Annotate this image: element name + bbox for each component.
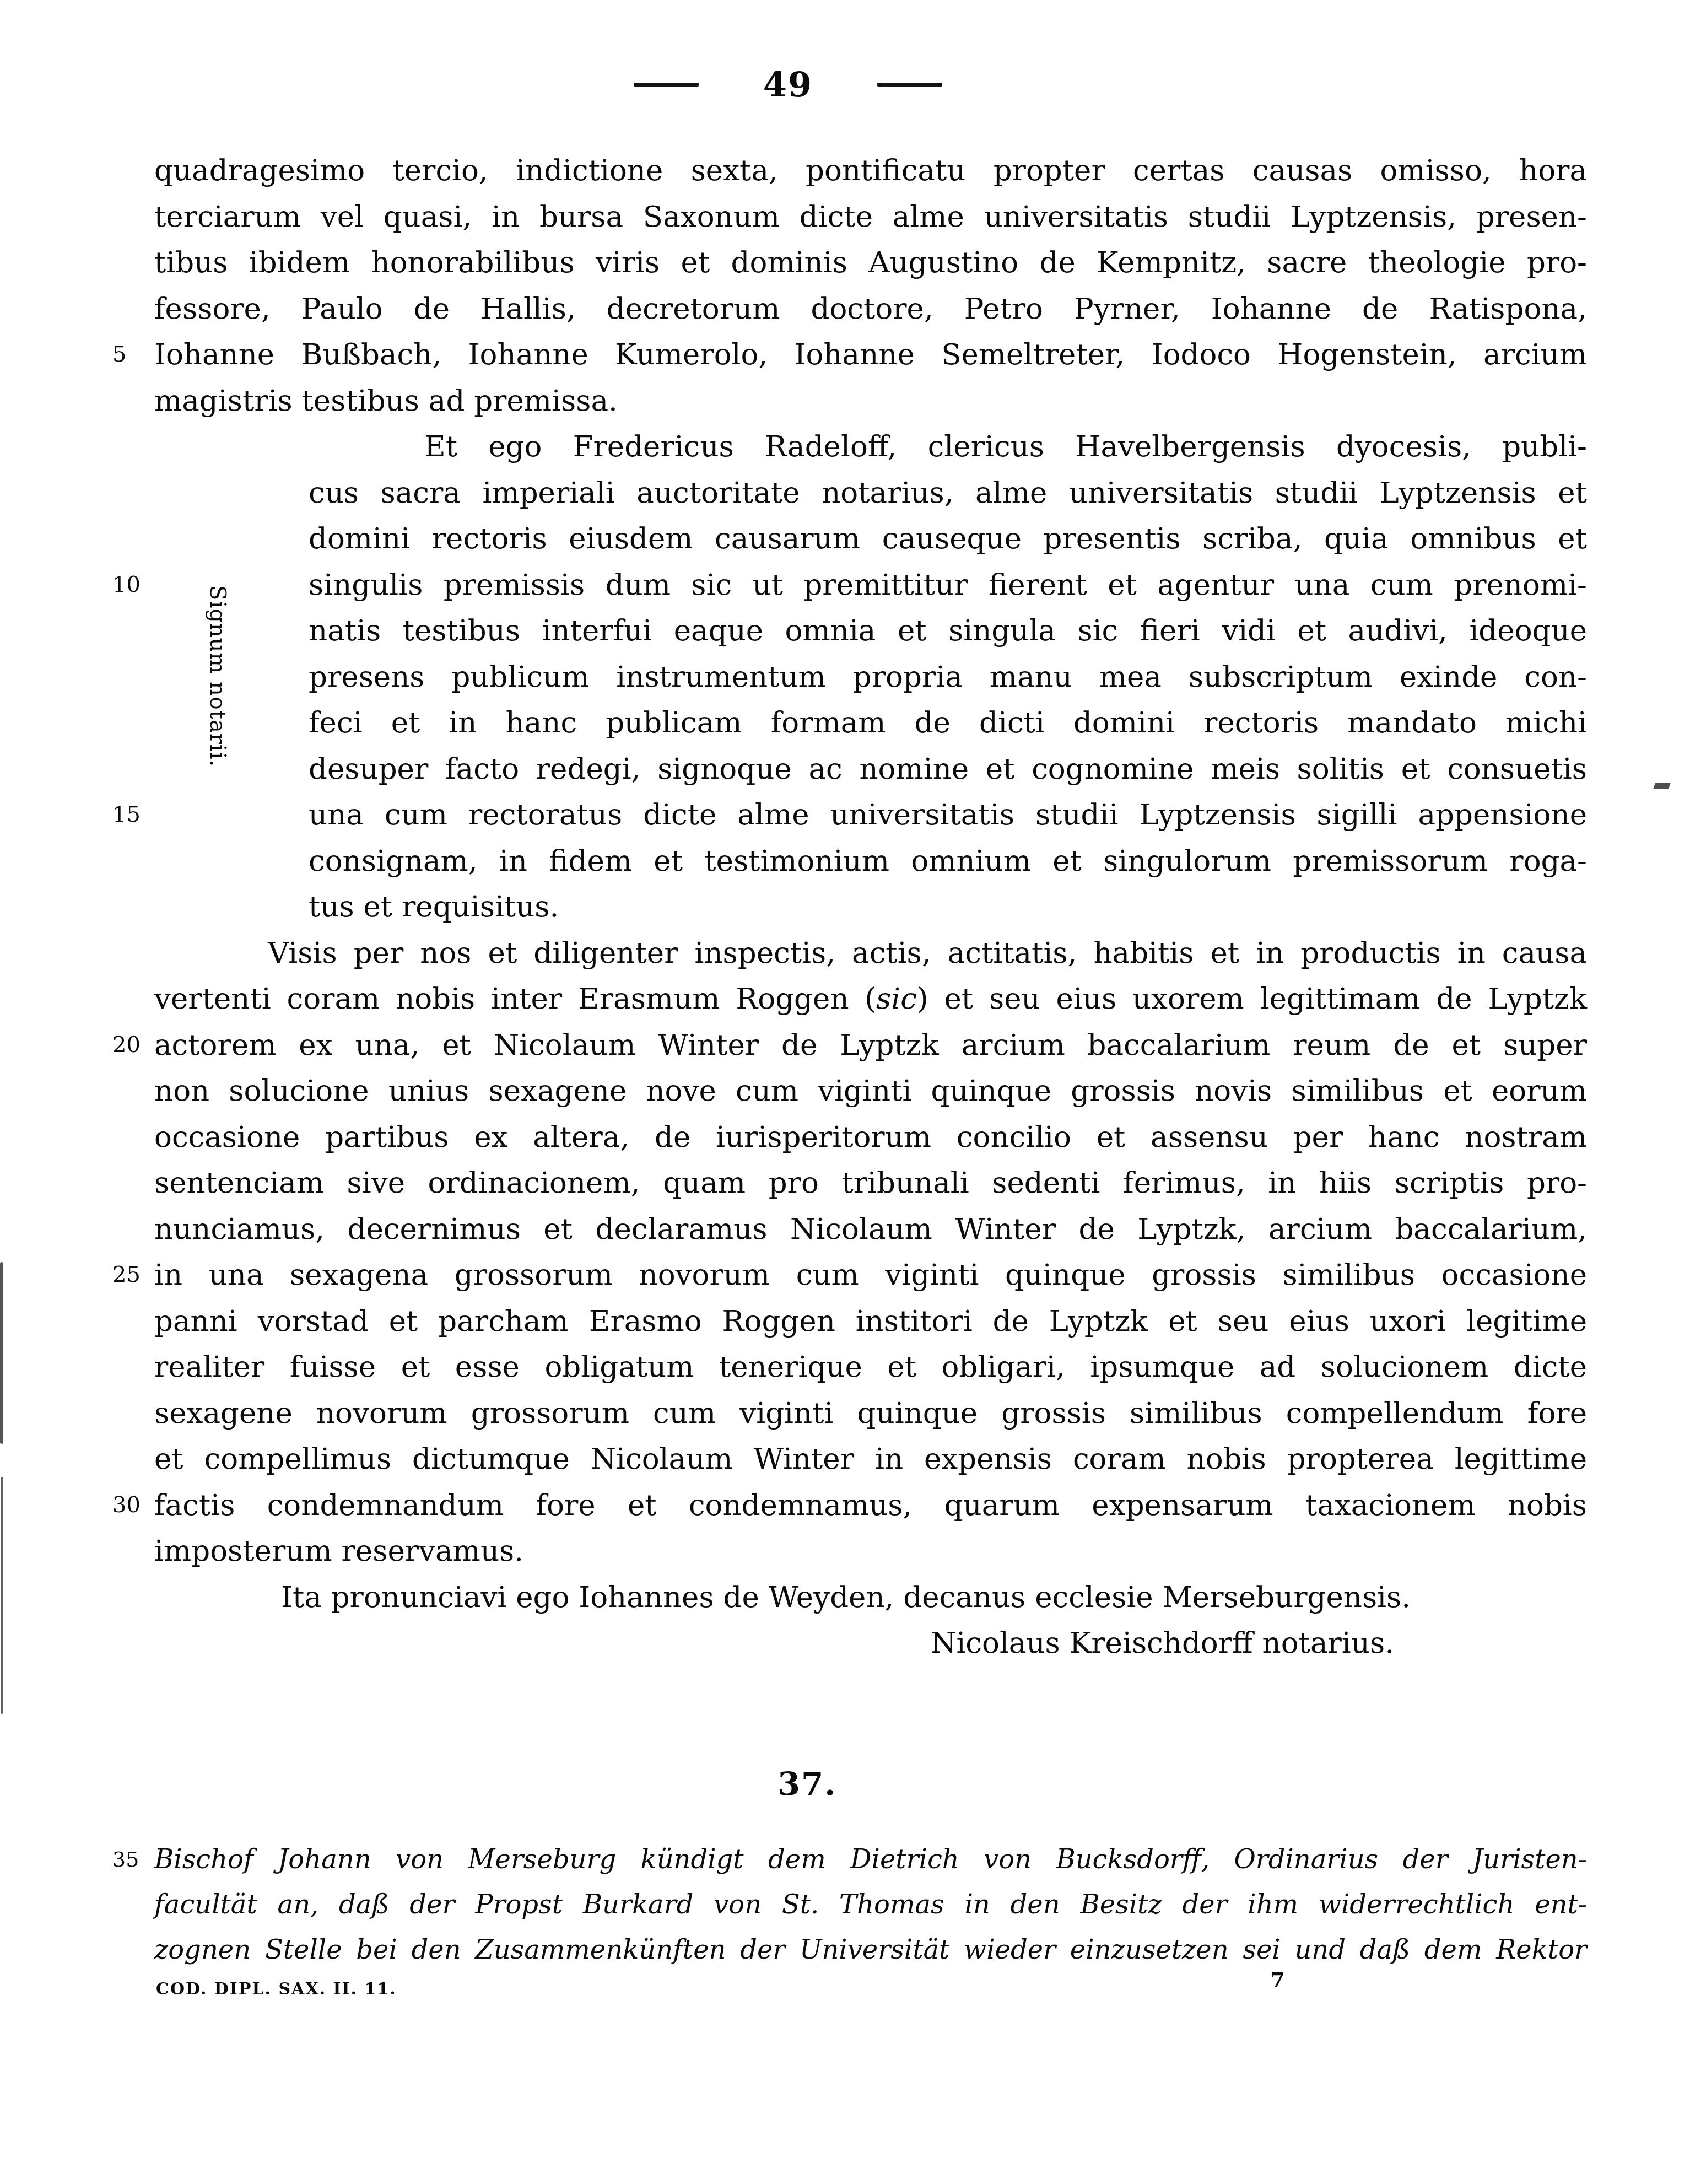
text-line-content: Visis per nos et diligenter inspectis, a…: [154, 930, 1587, 977]
text-line: desuper facto redegi, signoque ac nomine…: [105, 746, 1587, 792]
line-number: [105, 1068, 154, 1114]
text-line-content: Nicolaus Kreischdorff notarius.: [154, 1620, 1587, 1667]
notary-signature-line: Nicolaus Kreischdorff notarius.: [105, 1620, 1587, 1667]
line-number: [105, 884, 154, 930]
line-number: [105, 194, 154, 240]
summary-line-content: zognen Stelle bei den Zusammenkünften de…: [154, 1927, 1587, 1972]
line-number: [105, 1927, 154, 1972]
text-line: domini rectoris eiusdem causarum causequ…: [105, 516, 1587, 562]
scan-artifact-streak: [0, 1262, 3, 1444]
line-number: [105, 1206, 154, 1253]
text-line-content: Iohanne Bußbach, Iohanne Kumerolo, Iohan…: [154, 332, 1587, 378]
line-number: 30: [105, 1482, 154, 1529]
text-line: 15una cum rectoratus dicte alme universi…: [105, 792, 1587, 838]
line-number: [105, 1528, 154, 1574]
text-line: et compellimus dictumque Nicolaum Winter…: [105, 1436, 1587, 1482]
latin-text-block: quadragesimo tercio, indictione sexta, p…: [105, 148, 1587, 1667]
line-number: 10: [105, 562, 154, 608]
line-number: [105, 1114, 154, 1161]
scanned-book-page: 49 Signum notarii. quadragesimo tercio, …: [0, 0, 1690, 2184]
summary-line: zognen Stelle bei den Zusammenkünften de…: [105, 1927, 1587, 1972]
text-before-sic: vertenti coram nobis inter Erasmum Rogge…: [154, 982, 876, 1016]
line-number: [105, 746, 154, 792]
summary-line-content: Bischof Johann von Merseburg kündigt dem…: [154, 1837, 1587, 1882]
line-number: [105, 1620, 154, 1667]
line-number: [105, 1882, 154, 1927]
summary-line-content: facultät an, daß der Propst Burkard von …: [154, 1882, 1587, 1927]
text-line: realiter fuisse et esse obligatum teneri…: [105, 1344, 1587, 1390]
text-after-sic: ) et seu eius uxorem legittimam de Lyptz…: [917, 982, 1587, 1016]
line-number: [105, 654, 154, 700]
text-line: sexagene novorum grossorum cum viginti q…: [105, 1390, 1587, 1437]
line-number: [105, 470, 154, 516]
line-number: [105, 1298, 154, 1345]
text-line-content: feci et in hanc publicam formam de dicti…: [309, 700, 1587, 746]
text-line: Et ego Fredericus Radeloff, clericus Hav…: [105, 424, 1587, 470]
text-line-content: domini rectoris eiusdem causarum causequ…: [309, 516, 1587, 562]
footer-imprint: COD. DIPL. SAX. II. 11.: [156, 1980, 397, 1999]
line-number: [105, 516, 154, 562]
line-number: [105, 930, 154, 977]
text-line-content: una cum rectoratus dicte alme universita…: [309, 792, 1587, 838]
header-rule-left: [634, 83, 699, 87]
text-line: fessore, Paulo de Hallis, decretorum doc…: [105, 286, 1587, 332]
section-number: 37.: [66, 1765, 1548, 1803]
summary-line: facultät an, daß der Propst Burkard von …: [105, 1882, 1587, 1927]
text-line: 30factis condemnandum fore et condemnamu…: [105, 1482, 1587, 1529]
line-number: 5: [105, 332, 154, 378]
text-line-content: panni vorstad et parcham Erasmo Roggen i…: [154, 1298, 1587, 1345]
text-line: tibus ibidem honorabilibus viris et domi…: [105, 240, 1587, 286]
text-line: sentenciam sive ordinacionem, quam pro t…: [105, 1160, 1587, 1206]
line-number: [105, 1574, 154, 1621]
text-line-content: sexagene novorum grossorum cum viginti q…: [154, 1390, 1587, 1437]
text-line-content: consignam, in fidem et testimonium omniu…: [309, 838, 1587, 885]
line-number: 15: [105, 792, 154, 838]
text-line-content: terciarum vel quasi, in bursa Saxonum di…: [154, 194, 1587, 240]
text-line-content: natis testibus interfui eaque omnia et s…: [309, 608, 1587, 654]
scan-artifact-mark: [1653, 783, 1671, 789]
text-line: occasione partibus ex altera, de iurispe…: [105, 1114, 1587, 1161]
line-number: [105, 838, 154, 885]
line-number: [105, 608, 154, 654]
text-line: 10singulis premissis dum sic ut premitti…: [105, 562, 1587, 608]
text-line: terciarum vel quasi, in bursa Saxonum di…: [105, 194, 1587, 240]
summary-line: 35Bischof Johann von Merseburg kündigt d…: [105, 1837, 1587, 1882]
text-line: imposterum reservamus.: [105, 1528, 1587, 1574]
text-line: 5Iohanne Bußbach, Iohanne Kumerolo, Ioha…: [105, 332, 1587, 378]
text-line: Visis per nos et diligenter inspectis, a…: [105, 930, 1587, 977]
text-line-content: actorem ex una, et Nicolaum Winter de Ly…: [154, 1022, 1587, 1069]
text-line: cus sacra imperiali auctoritate notarius…: [105, 470, 1587, 516]
line-number: [105, 700, 154, 746]
text-line-content: sentenciam sive ordinacionem, quam pro t…: [154, 1160, 1587, 1206]
sic-italic: sic: [876, 982, 917, 1016]
text-line-content: cus sacra imperiali auctoritate notarius…: [309, 470, 1587, 516]
text-line: vertenti coram nobis inter Erasmum Rogge…: [105, 976, 1587, 1022]
text-line-content: vertenti coram nobis inter Erasmum Rogge…: [154, 976, 1587, 1022]
line-number: [105, 148, 154, 194]
line-number: [105, 1160, 154, 1206]
text-line-content: in una sexagena grossorum novorum cum vi…: [154, 1252, 1587, 1298]
text-line-content: non solucione unius sexagene nove cum vi…: [154, 1068, 1587, 1114]
header-rule-right: [877, 83, 942, 87]
text-line: non solucione unius sexagene nove cum vi…: [105, 1068, 1587, 1114]
text-line-content: realiter fuisse et esse obligatum teneri…: [154, 1344, 1587, 1390]
text-line-content: et compellimus dictumque Nicolaum Winter…: [154, 1436, 1587, 1482]
text-line: nunciamus, decernimus et declaramus Nico…: [105, 1206, 1587, 1253]
text-line-content: Ita pronunciavi ego Iohannes de Weyden, …: [154, 1574, 1587, 1621]
line-number: 20: [105, 1022, 154, 1069]
text-line: natis testibus interfui eaque omnia et s…: [105, 608, 1587, 654]
sheet-signature-number: 7: [1270, 1967, 1284, 1992]
text-line: consignam, in fidem et testimonium omniu…: [105, 838, 1587, 885]
text-line-content: singulis premissis dum sic ut premittitu…: [309, 562, 1587, 608]
line-number: 35: [105, 1837, 154, 1882]
text-line-content: tibus ibidem honorabilibus viris et domi…: [154, 240, 1587, 286]
text-line: 20actorem ex una, et Nicolaum Winter de …: [105, 1022, 1587, 1069]
text-line-content: imposterum reservamus.: [154, 1528, 1587, 1574]
text-line-content: tus et requisitus.: [309, 884, 1587, 930]
page-number: 49: [763, 64, 813, 105]
text-line: tus et requisitus.: [105, 884, 1587, 930]
line-number: [105, 286, 154, 332]
line-number: [105, 1344, 154, 1390]
text-line: feci et in hanc publicam formam de dicti…: [105, 700, 1587, 746]
text-line: 25in una sexagena grossorum novorum cum …: [105, 1252, 1587, 1298]
text-line-content: nunciamus, decernimus et declaramus Nico…: [154, 1206, 1587, 1253]
text-line: quadragesimo tercio, indictione sexta, p…: [105, 148, 1587, 194]
line-number: [105, 240, 154, 286]
line-number: [105, 976, 154, 1022]
text-line-content: Et ego Fredericus Radeloff, clericus Hav…: [309, 424, 1587, 470]
running-head: 49: [634, 65, 942, 104]
text-line: presens publicum instrumentum propria ma…: [105, 654, 1587, 700]
text-line-content: fessore, Paulo de Hallis, decretorum doc…: [154, 286, 1587, 332]
pronouncement-attribution-line: Ita pronunciavi ego Iohannes de Weyden, …: [105, 1574, 1587, 1621]
line-number: 25: [105, 1252, 154, 1298]
text-line-content: magistris testibus ad premissa.: [154, 378, 1587, 424]
text-line: magistris testibus ad premissa.: [105, 378, 1587, 424]
line-number: [105, 378, 154, 424]
line-number: [105, 424, 154, 470]
text-line-content: presens publicum instrumentum propria ma…: [309, 654, 1587, 700]
text-line: panni vorstad et parcham Erasmo Roggen i…: [105, 1298, 1587, 1345]
scan-artifact-streak: [1, 1477, 3, 1714]
line-number: [105, 1390, 154, 1437]
text-line-content: factis condemnandum fore et condemnamus,…: [154, 1482, 1587, 1529]
line-number: [105, 1436, 154, 1482]
text-line-content: desuper facto redegi, signoque ac nomine…: [309, 746, 1587, 792]
text-line-content: occasione partibus ex altera, de iurispe…: [154, 1114, 1587, 1161]
text-line-content: quadragesimo tercio, indictione sexta, p…: [154, 148, 1587, 194]
german-summary-block: 35Bischof Johann von Merseburg kündigt d…: [105, 1837, 1587, 1972]
